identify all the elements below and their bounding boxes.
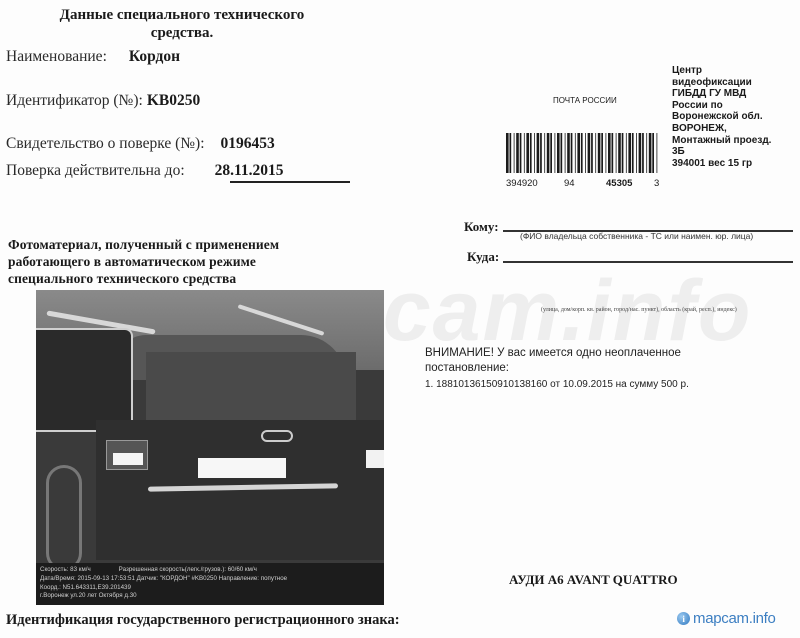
- brand-text: mapcam.info: [693, 610, 776, 627]
- barcode-number: 3: [654, 178, 659, 189]
- unpaid-notice: ВНИМАНИЕ! У вас имеется одно неоплаченно…: [425, 346, 785, 392]
- barcode-number: 94: [564, 178, 575, 189]
- device-id-value: KB0250: [147, 92, 200, 109]
- barcode-number: 394920: [506, 178, 538, 189]
- sender-line: Монтажный проезд.: [672, 135, 792, 147]
- recipient-hint: (ФИО владельца собственника - ТС или наи…: [520, 231, 753, 241]
- verification-underline: [230, 181, 350, 183]
- post-label: ПОЧТА РОССИИ: [553, 96, 617, 105]
- notice-line: постановление:: [425, 361, 785, 376]
- speed-readout: Скорость: 83 км/ч: [40, 566, 91, 573]
- vehicle-photo: Скорость: 83 км/чРазрешенная скорость(ле…: [36, 290, 384, 605]
- sender-address: ЦентрвидеофиксацииГИБДД ГУ МВДРоссии поВ…: [672, 65, 792, 169]
- datetime-readout: Дата/Время: 2015-09-13 17:53:51 Датчик: …: [40, 575, 380, 584]
- photo-caption: Фотоматериал, полученный с применением р…: [8, 236, 338, 287]
- sender-line: ВОРОНЕЖ,: [672, 123, 792, 135]
- device-id-label: Идентификатор (№):: [6, 92, 143, 109]
- car-wheel: [46, 465, 82, 571]
- verification-row: Поверка действительна до:28.11.2015: [6, 162, 284, 180]
- allowed-speed-readout: Разрешенная скорость(легк./грузов.): 60/…: [119, 566, 257, 573]
- device-name-label: Наименование:: [6, 48, 107, 65]
- device-id-row: Идентификатор (№):KB0250: [6, 92, 200, 110]
- barcode-number: 45305: [606, 178, 632, 189]
- photo-info-overlay: Скорость: 83 км/чРазрешенная скорость(ле…: [36, 563, 384, 605]
- notice-line: ВНИМАНИЕ! У вас имеется одно неоплаченно…: [425, 346, 785, 361]
- address-label: Куда:: [467, 249, 499, 265]
- vehicle-model: АУДИ А6 AVANT QUATTRO: [509, 572, 678, 588]
- notice-item: 1. 18810136150910138160 от 10.09.2015 на…: [425, 377, 785, 392]
- recipient-label: Кому:: [464, 219, 499, 235]
- certificate-value: 0196453: [221, 135, 275, 152]
- address-readout: г.Воронеж ул.20 лет Октября д.30: [40, 592, 380, 601]
- sender-line: Центр: [672, 65, 792, 77]
- sender-line: России по: [672, 100, 792, 112]
- brand-logo[interactable]: i mapcam.info: [677, 610, 776, 627]
- car-side-window: [36, 328, 133, 432]
- address-line: [503, 261, 793, 263]
- barcode: [506, 133, 661, 173]
- sender-line: ГИБДД ГУ МВД: [672, 88, 792, 100]
- certificate-row: Свидетельство о поверке (№):0196453: [6, 135, 275, 153]
- info-icon: i: [677, 612, 690, 625]
- license-plate-area: [198, 458, 286, 478]
- car-logo: [261, 430, 293, 442]
- device-section-title: Данные специального технического средств…: [36, 6, 328, 42]
- verification-label: Поверка действительна до:: [6, 162, 185, 179]
- certificate-label: Свидетельство о поверке (№):: [6, 135, 205, 152]
- car-tail-light: [106, 440, 148, 470]
- coords-readout: Коорд.: N51.643311,E39.201439: [40, 584, 380, 593]
- device-name-row: Наименование:Кордон: [6, 48, 180, 66]
- device-name-value: Кордон: [129, 48, 180, 65]
- sender-line: видеофиксации: [672, 77, 792, 89]
- car-rear-window: [146, 352, 356, 422]
- verification-value: 28.11.2015: [215, 162, 284, 179]
- address-hint: (улица, дом/корп. кв. район, город/нас. …: [541, 307, 737, 313]
- sender-line: 3Б: [672, 146, 792, 158]
- sender-line: Воронежской обл.: [672, 111, 792, 123]
- sender-line: 394001 вес 15 гр: [672, 158, 792, 170]
- plate-identification-label: Идентификация государственного регистрац…: [6, 612, 400, 629]
- car-tail-light: [366, 450, 384, 468]
